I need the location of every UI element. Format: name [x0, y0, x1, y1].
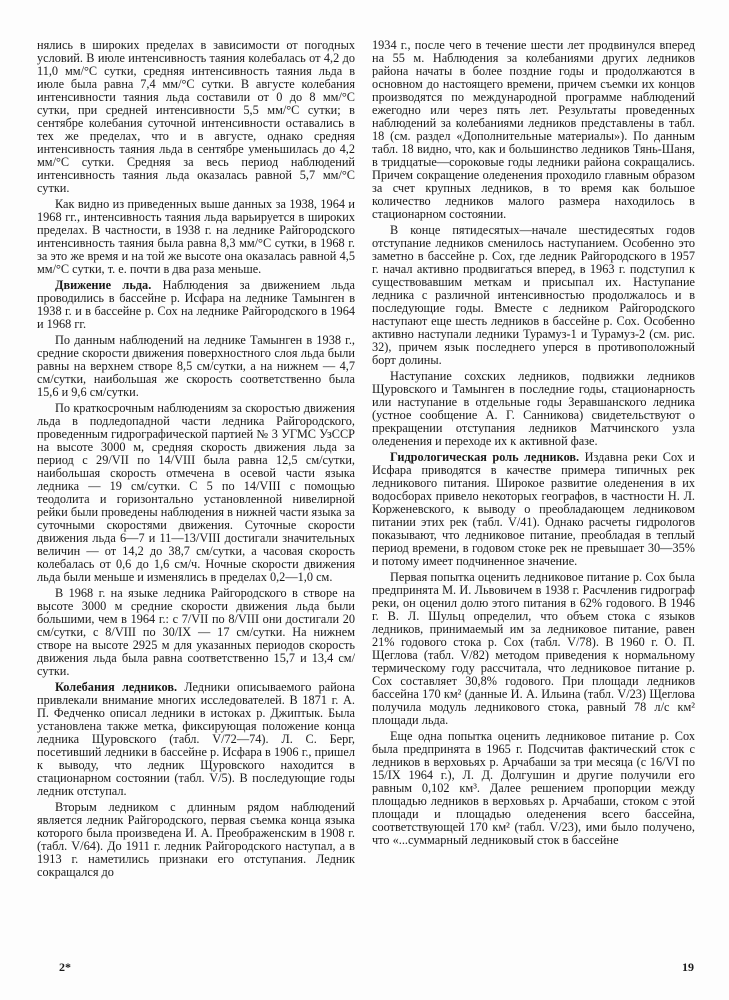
page-number: 19: [682, 960, 694, 975]
section-heading-glacier-fluctuations: Колебания ледников.: [55, 680, 177, 694]
paragraph-advance-fifties: В конце пятидесятых—начале шестидесятых …: [372, 224, 695, 367]
paragraph-continuation-1934: 1934 г., после чего в течение шести лет …: [372, 39, 695, 221]
paragraph-short-term-observations: По краткосрочным наблюдениям за скорость…: [37, 402, 355, 584]
paragraph-melt-intensity: нялись в широких пределах в зависимости …: [37, 39, 355, 195]
right-column: 1934 г., после чего в течение шести лет …: [372, 39, 695, 848]
left-column: нялись в широких пределах в зависимости …: [37, 39, 355, 880]
paragraph-first-estimate: Первая попытка оценить ледниковое питани…: [372, 571, 695, 727]
paragraph-second-estimate: Еще одна попытка оценить ледниковое пита…: [372, 730, 695, 847]
paragraph-melt-comparison: Как видно из приведенных выше данных за …: [37, 198, 355, 276]
paragraph-hydrological-role: Гидрологическая роль ледников. Издавна р…: [372, 451, 695, 568]
signature-mark: 2*: [59, 960, 71, 975]
paragraph-raigorodsky-glacier: Вторым ледником с длинным рядом наблюден…: [37, 801, 355, 879]
paragraph-ice-movement: Движение льда. Наблюдения за движением л…: [37, 279, 355, 331]
paragraph-1968-velocity: В 1968 г. на языке ледника Райгородского…: [37, 587, 355, 678]
book-page: нялись в широких пределах в зависимости …: [0, 0, 729, 1000]
paragraph-glacier-fluctuations: Колебания ледников. Ледники описываемого…: [37, 681, 355, 798]
paragraph-text: Издавна реки Сох и Исфара приводятся в к…: [372, 450, 695, 568]
paragraph-text: Ледники описываемого района привлекали в…: [37, 680, 355, 798]
section-heading-hydrological-role: Гидрологическая роль ледников.: [390, 450, 579, 464]
paragraph-tamyngen-velocity: По данным наблюдений на леднике Тамынген…: [37, 334, 355, 399]
section-heading-ice-movement: Движение льда.: [55, 278, 151, 292]
paragraph-sokh-glaciers-advance: Наступание сохских ледников, подвижки ле…: [372, 370, 695, 448]
